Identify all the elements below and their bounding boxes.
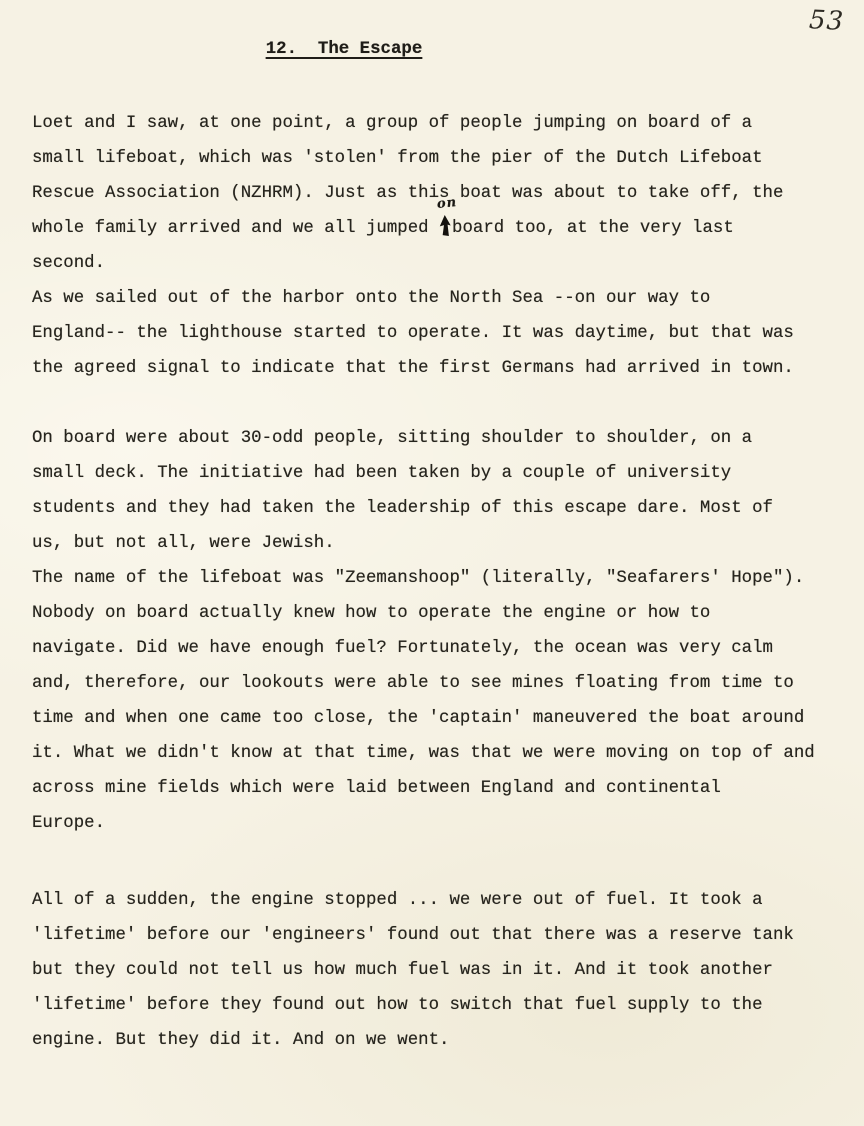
text-line: it. What we didn't know at that time, wa… [32,736,842,771]
paragraph-gap [32,386,842,421]
text-line: England-- the lighthouse started to oper… [32,316,842,351]
text-line: us, but not all, were Jewish. [32,526,842,561]
text-line: Europe. [32,806,842,841]
text-line: second. [32,246,842,281]
scanned-document-page: 53 12. The Escape Loet and I saw, at one… [0,0,864,1126]
typewritten-text-body: Loet and I saw, at one point, a group of… [32,106,842,1058]
chapter-title: 12. The Escape [266,40,423,59]
text-line: small lifeboat, which was 'stolen' from … [32,141,842,176]
text-line: navigate. Did we have enough fuel? Fortu… [32,631,842,666]
text-line: As we sailed out of the harbor onto the … [32,281,842,316]
text-line: small deck. The initiative had been take… [32,456,842,491]
insertion-point: on [439,211,452,246]
text-line: and, therefore, our lookouts were able t… [32,666,842,701]
text-line: across mine fields which were laid betwe… [32,771,842,806]
text-line: 'lifetime' before they found out how to … [32,988,842,1023]
paragraph-gap [32,841,842,883]
text-line: the agreed signal to indicate that the f… [32,351,842,386]
text-line: but they could not tell us how much fuel… [32,953,842,988]
text-line: All of a sudden, the engine stopped ... … [32,883,842,918]
text-line: Loet and I saw, at one point, a group of… [32,106,842,141]
title-row: 12. The Escape [0,40,688,59]
text-line: students and they had taken the leadersh… [32,491,842,526]
handwritten-inserted-word: on [436,196,457,211]
text-line: The name of the lifeboat was "Zeemanshoo… [32,561,842,596]
text-line: engine. But they did it. And on we went. [32,1023,842,1058]
text-line: 'lifetime' before our 'engineers' found … [32,918,842,953]
handwritten-page-number: 53 [808,5,845,37]
text-line: Nobody on board actually knew how to ope… [32,596,842,631]
text-line: time and when one came too close, the 'c… [32,701,842,736]
text-line: On board were about 30-odd people, sitti… [32,421,842,456]
insertion-caret-icon [439,215,452,236]
text-line-with-insertion: whole family arrived and we all jumped o… [32,211,842,246]
insertion-after-text: board too, at the very last [452,219,734,238]
insertion-before-text: whole family arrived and we all jumped [32,219,439,238]
